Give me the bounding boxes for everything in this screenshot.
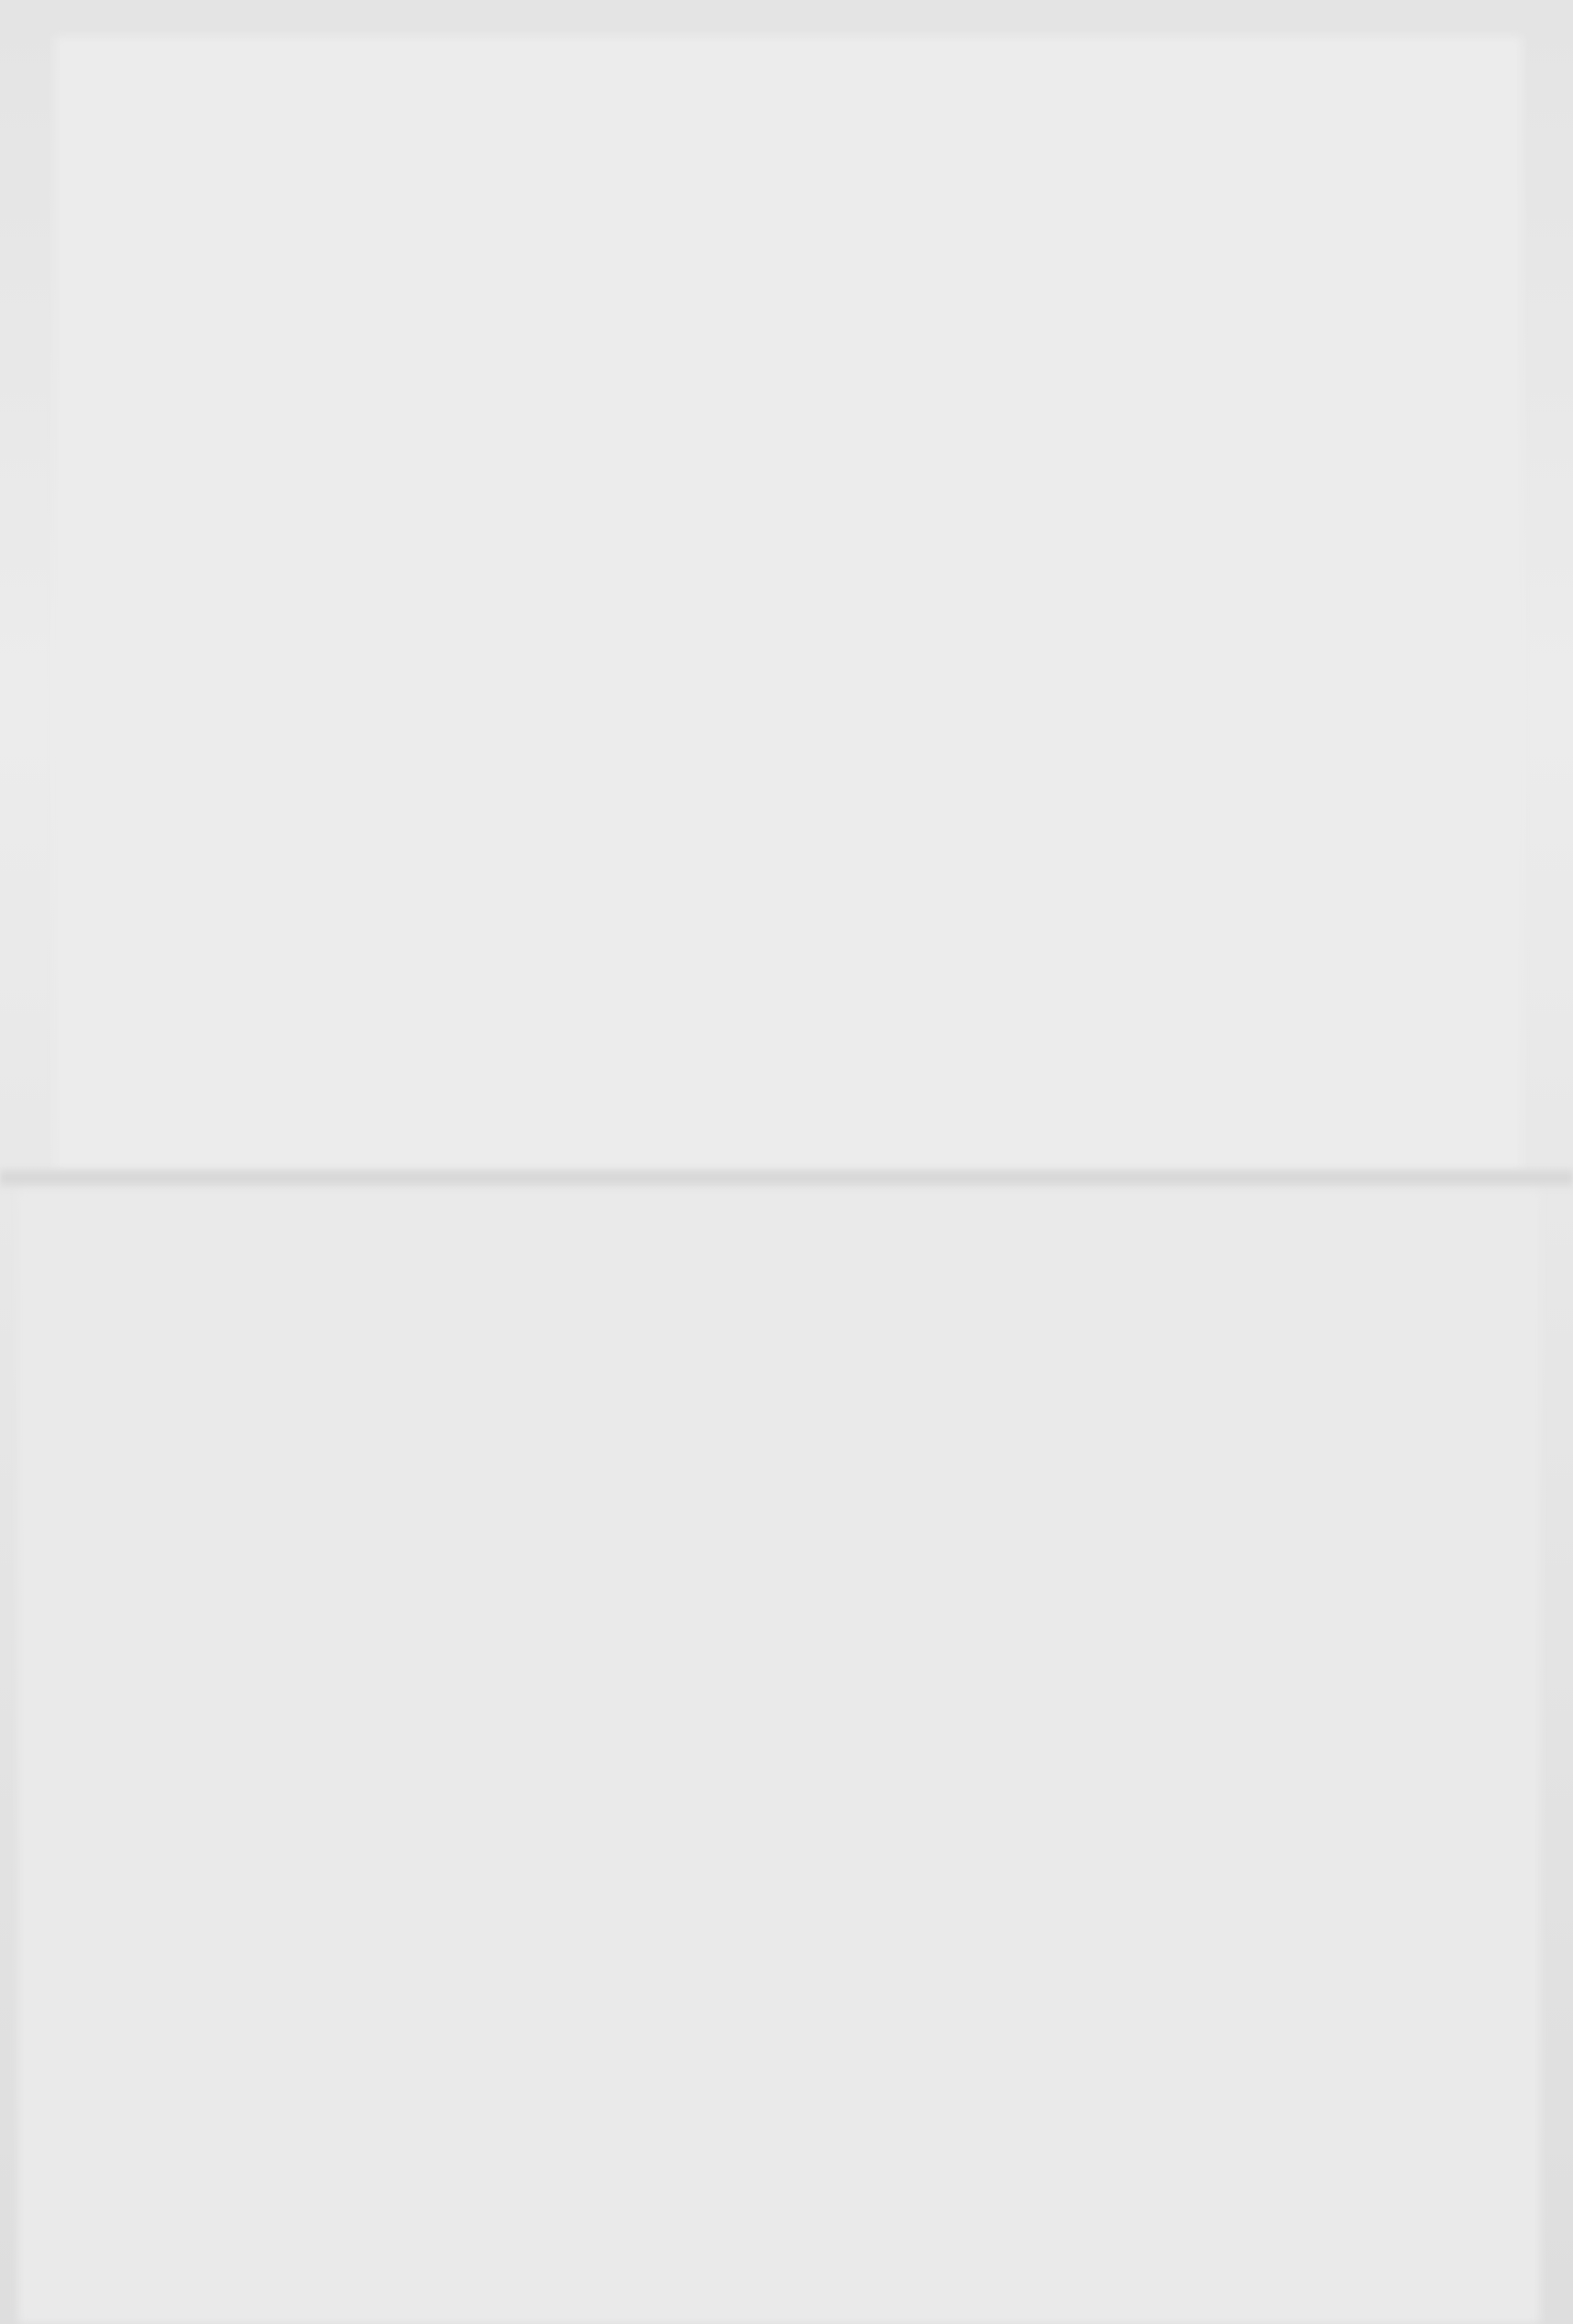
page-bottom [18,1191,1540,2324]
page-fold [0,1168,1573,1189]
page-top [55,37,1522,1173]
